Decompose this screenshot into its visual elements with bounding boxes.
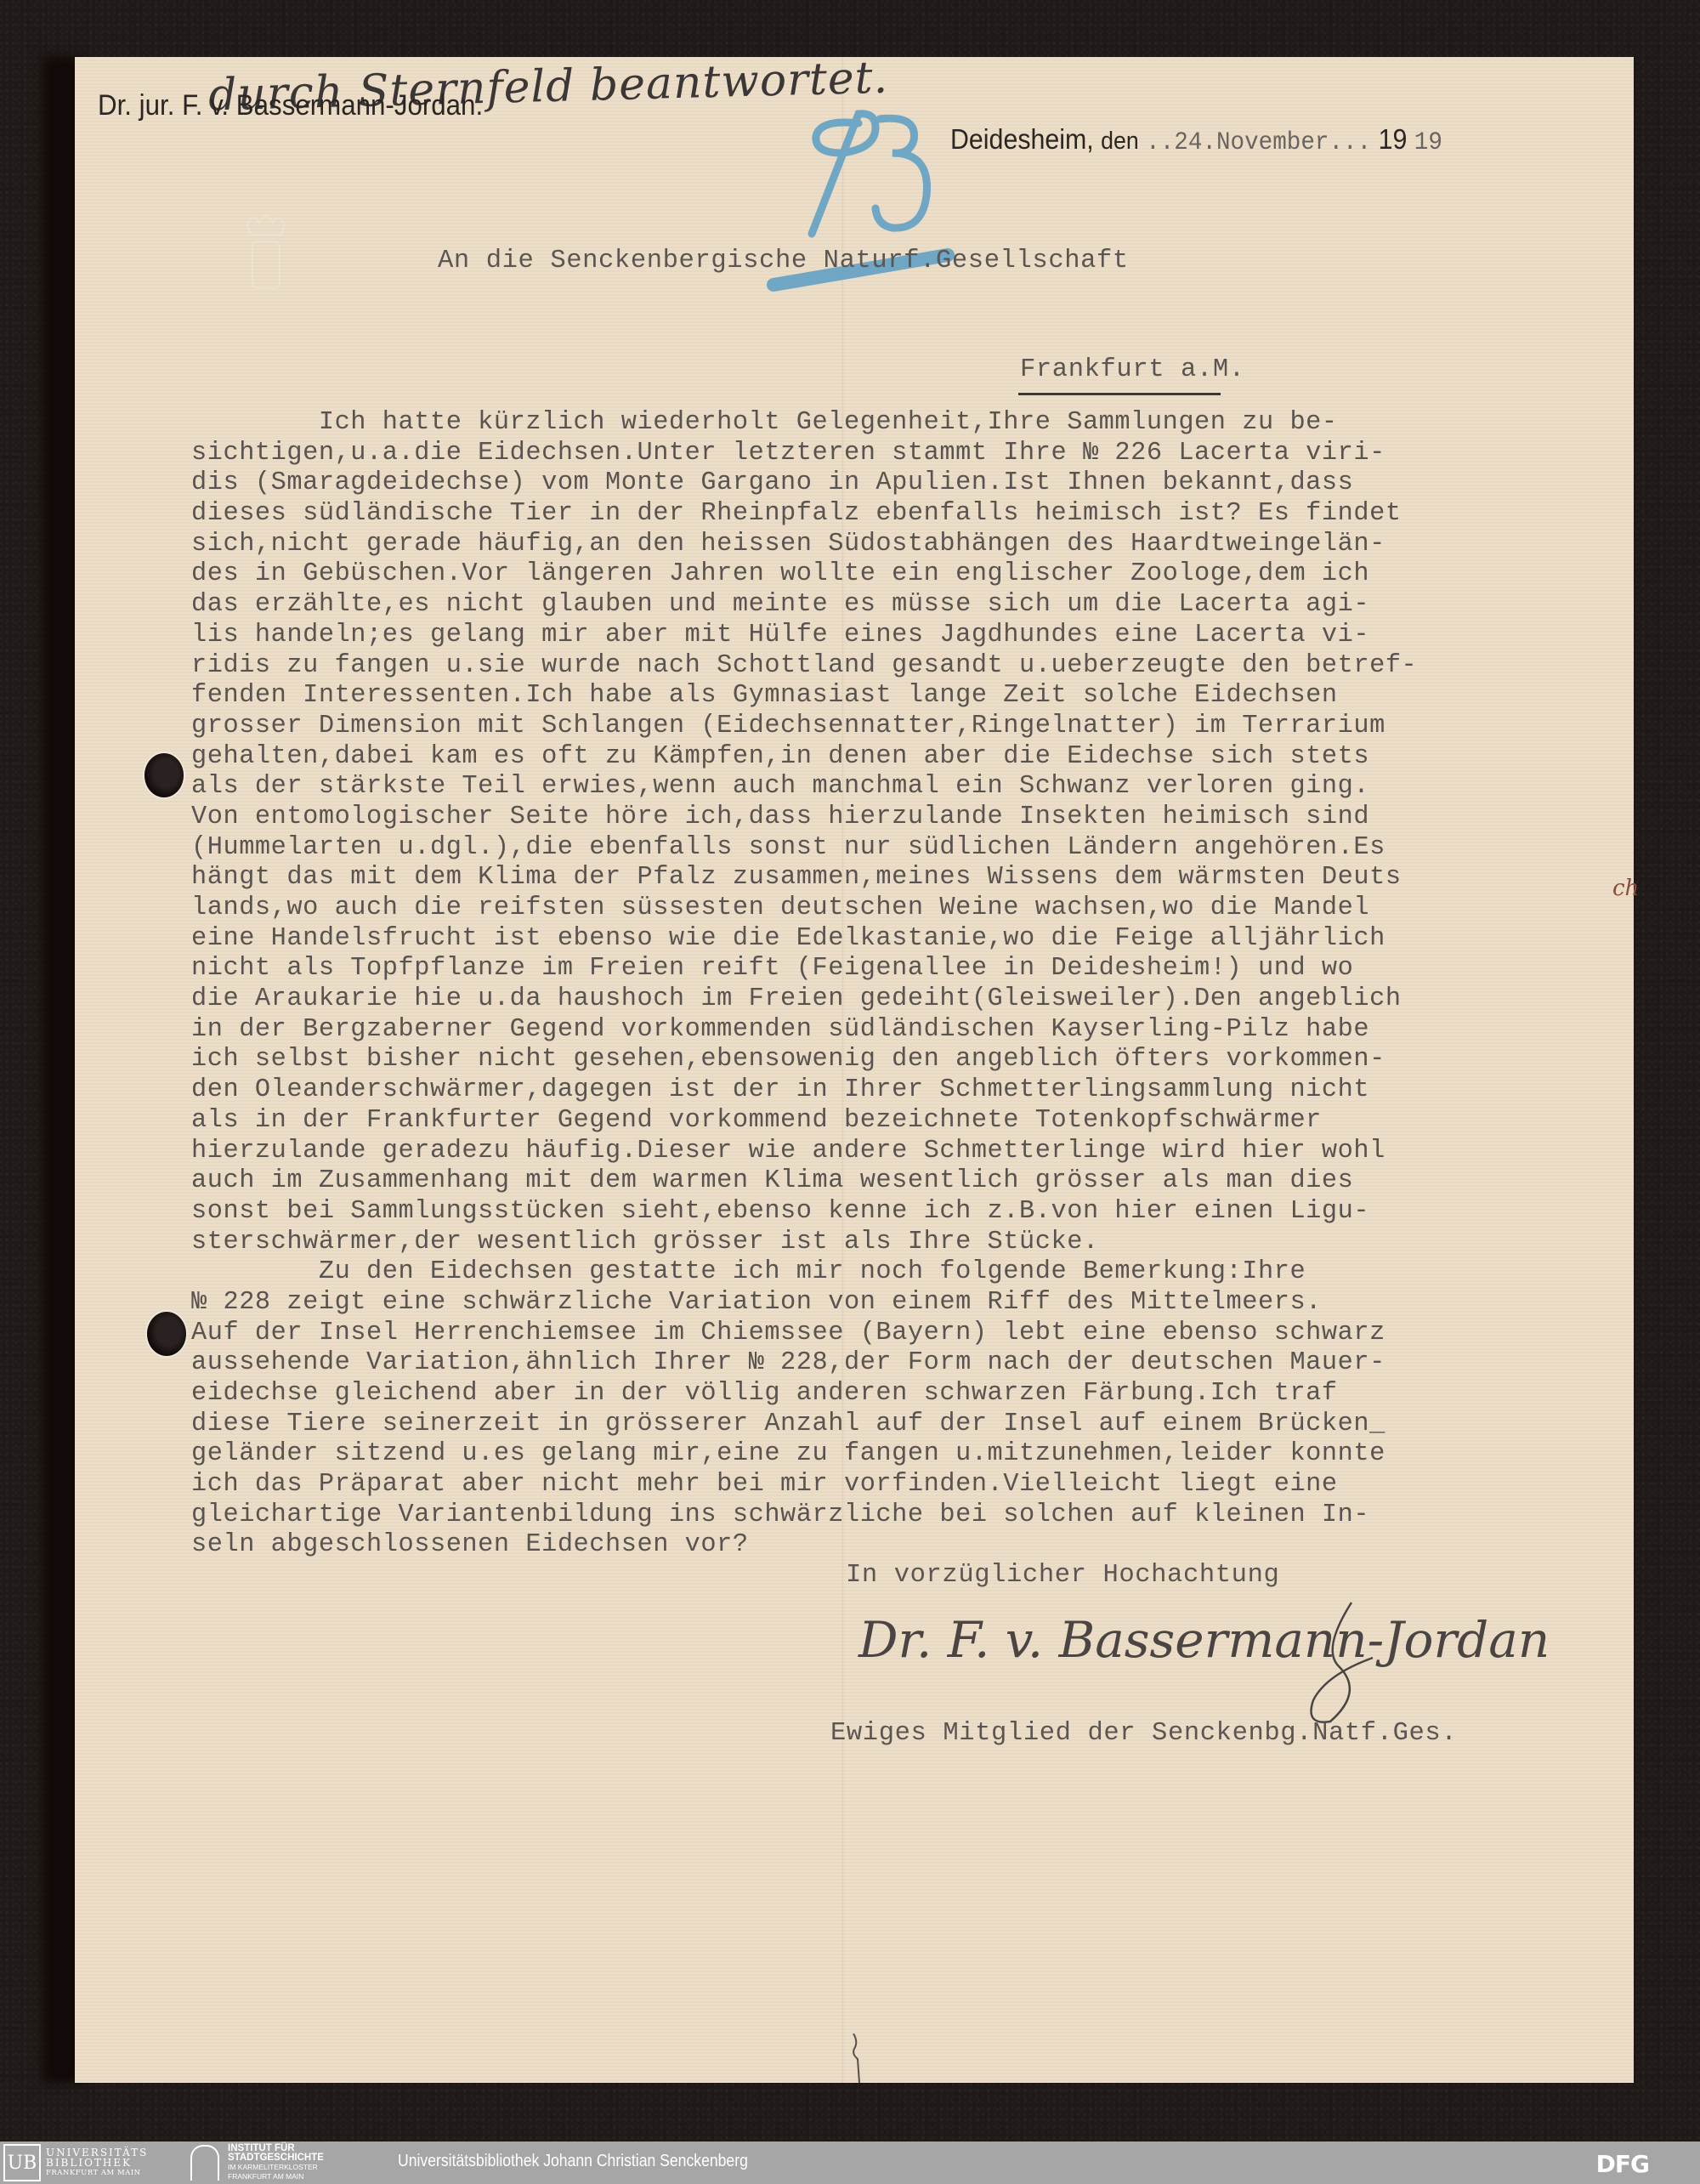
ub-logo-mark: UB: [3, 2144, 41, 2181]
body-line: Ich hatte kürzlich wiederholt Gelegenhei…: [191, 408, 1645, 439]
closing-salutation: In vorzüglicher Hochachtung: [846, 1561, 1279, 1590]
membership-line: Ewiges Mitglied der Senckenbg.Natf.Ges.: [830, 1719, 1457, 1748]
body-line: lis handeln;es gelang mir aber mit Hülfe…: [191, 621, 1645, 651]
body-line: fenden Interessenten.Ich habe als Gymnas…: [191, 681, 1645, 712]
body-line: eine Handelsfrucht ist ebenso wie die Ed…: [191, 924, 1645, 955]
body-line: die Araukarie hie u.da haushoch im Freie…: [191, 984, 1645, 1015]
body-line: sichtigen,u.a.die Eidechsen.Unter letzte…: [191, 439, 1645, 469]
arch-icon: [190, 2145, 219, 2181]
archive-footer: UB UNIVERSITÄTS BIBLIOTHEK FRANKFURT AM …: [0, 2141, 1700, 2184]
isg-line-4: FRANKFURT AM MAIN: [228, 2172, 324, 2181]
body-line: als der stärkste Teil erwies,wenn auch m…: [191, 772, 1645, 803]
body-line: ich selbst bisher nicht gesehen,ebensowe…: [191, 1045, 1645, 1075]
body-line: gehalten,dabei kam es oft zu Kämpfen,in …: [191, 742, 1645, 773]
body-line: ridis zu fangen u.sie wurde nach Schottl…: [191, 651, 1645, 682]
year-suffix: 19: [1414, 128, 1442, 157]
library-caption: Universitätsbibliothek Johann Christian …: [398, 2152, 748, 2171]
body-line: den Oleanderschwärmer,dagegen ist der in…: [191, 1075, 1645, 1106]
ub-line-2: BIBLIOTHEK: [46, 2158, 148, 2168]
body-line: Auf der Insel Herrenchiemsee im Chiemsse…: [191, 1319, 1645, 1349]
signature: Dr. F. v. Bassermann-Jordan: [858, 1611, 1550, 1669]
ub-line-3: FRANKFURT AM MAIN: [46, 2168, 148, 2178]
addressee-line: An die Senckenbergische Naturf.Gesellsch…: [438, 247, 1129, 275]
body-line: eidechse gleichend aber in der völlig an…: [191, 1379, 1645, 1410]
den-label: den: [1101, 128, 1139, 155]
body-line: hierzulande geradezu häufig.Dieser wie a…: [191, 1137, 1645, 1167]
punch-hole-lower: [147, 1312, 186, 1356]
body-line: geländer sitzend u.es gelang mir,eine zu…: [191, 1439, 1645, 1470]
blue-crayon-mark-icon: [748, 102, 969, 306]
isg-line-2: STADTGESCHICHTE: [228, 2153, 324, 2163]
body-line: dis (Smaragdeidechse) vom Monte Gargano …: [191, 468, 1645, 499]
margin-correction: ch: [1612, 876, 1639, 901]
body-line: nicht als Topfpflanze im Freien reift (F…: [191, 954, 1645, 984]
body-line: das erzählte,es nicht glauben und meinte…: [191, 590, 1645, 621]
body-line: hängt das mit dem Klima der Pfalz zusamm…: [191, 863, 1645, 893]
body-line: sterschwärmer,der wesentlich grösser ist…: [191, 1228, 1645, 1258]
dfg-logo[interactable]: DFG: [1596, 2150, 1649, 2178]
body-line: ich das Präparat aber nicht mehr bei mir…: [191, 1470, 1645, 1500]
letterhead-name: Dr. jur. F. v. Bassermann-Jordan.: [98, 89, 483, 122]
city-underline: [1018, 393, 1221, 395]
letter-body: Ich hatte kürzlich wiederholt Gelegenhei…: [191, 408, 1645, 1561]
ub-logo[interactable]: UB UNIVERSITÄTS BIBLIOTHEK FRANKFURT AM …: [3, 2145, 148, 2181]
body-line: des in Gebüschen.Vor längeren Jahren wol…: [191, 559, 1645, 590]
body-line: lands,wo auch die reifsten süssesten deu…: [191, 893, 1645, 924]
place-and-date: Deidesheim, den ..24.November... 19 19: [950, 123, 1442, 157]
body-line: in der Bergzaberner Gegend vorkommenden …: [191, 1015, 1645, 1046]
punch-hole-upper: [144, 753, 184, 797]
paper-tear-icon: [850, 2034, 862, 2083]
body-line: gleichartige Variantenbildung ins schwär…: [191, 1500, 1645, 1531]
ub-logo-text: UNIVERSITÄTS BIBLIOTHEK FRANKFURT AM MAI…: [46, 2147, 148, 2178]
body-line: grosser Dimension mit Schlangen (Eidechs…: [191, 712, 1645, 742]
isg-line-3: IM KARMELITERKLOSTER: [228, 2163, 324, 2172]
body-line: Zu den Eidechsen gestatte ich mir noch f…: [191, 1257, 1645, 1288]
body-line: dieses südländische Tier in der Rheinpfa…: [191, 499, 1645, 530]
isg-logo-text: INSTITUT FÜR STADTGESCHICHTE IM KARMELIT…: [228, 2144, 324, 2181]
body-line: № 228 zeigt eine schwärzliche Variation …: [191, 1288, 1645, 1319]
body-line: sich,nicht gerade häufig,an den heissen …: [191, 530, 1645, 560]
year-prefix: 19: [1379, 123, 1408, 155]
body-line: auch im Zusammenhang mit dem warmen Klim…: [191, 1166, 1645, 1197]
body-line: als in der Frankfurter Gegend vorkommend…: [191, 1106, 1645, 1137]
body-line: seln abgeschlossenen Eidechsen vor?: [191, 1530, 1645, 1561]
embossed-crest-icon: [241, 207, 292, 301]
addressee-city: Frankfurt a.M.: [1020, 355, 1245, 384]
body-line: (Hummelarten u.dgl.),die ebenfalls sonst…: [191, 833, 1645, 864]
body-line: sonst bei Sammlungsstücken sieht,ebenso …: [191, 1197, 1645, 1228]
isg-logo[interactable]: INSTITUT FÜR STADTGESCHICHTE IM KARMELIT…: [190, 2145, 324, 2181]
date-typed: ..24.November...: [1146, 128, 1371, 157]
place-name: Deidesheim,: [950, 123, 1094, 155]
signature-flourish-icon: [1288, 1598, 1381, 1726]
body-line: diese Tiere seinerzeit in grösserer Anza…: [191, 1410, 1645, 1440]
body-line: Von entomologischer Seite höre ich,dass …: [191, 803, 1645, 833]
body-line: aussehende Variation,ähnlich Ihrer № 228…: [191, 1348, 1645, 1379]
